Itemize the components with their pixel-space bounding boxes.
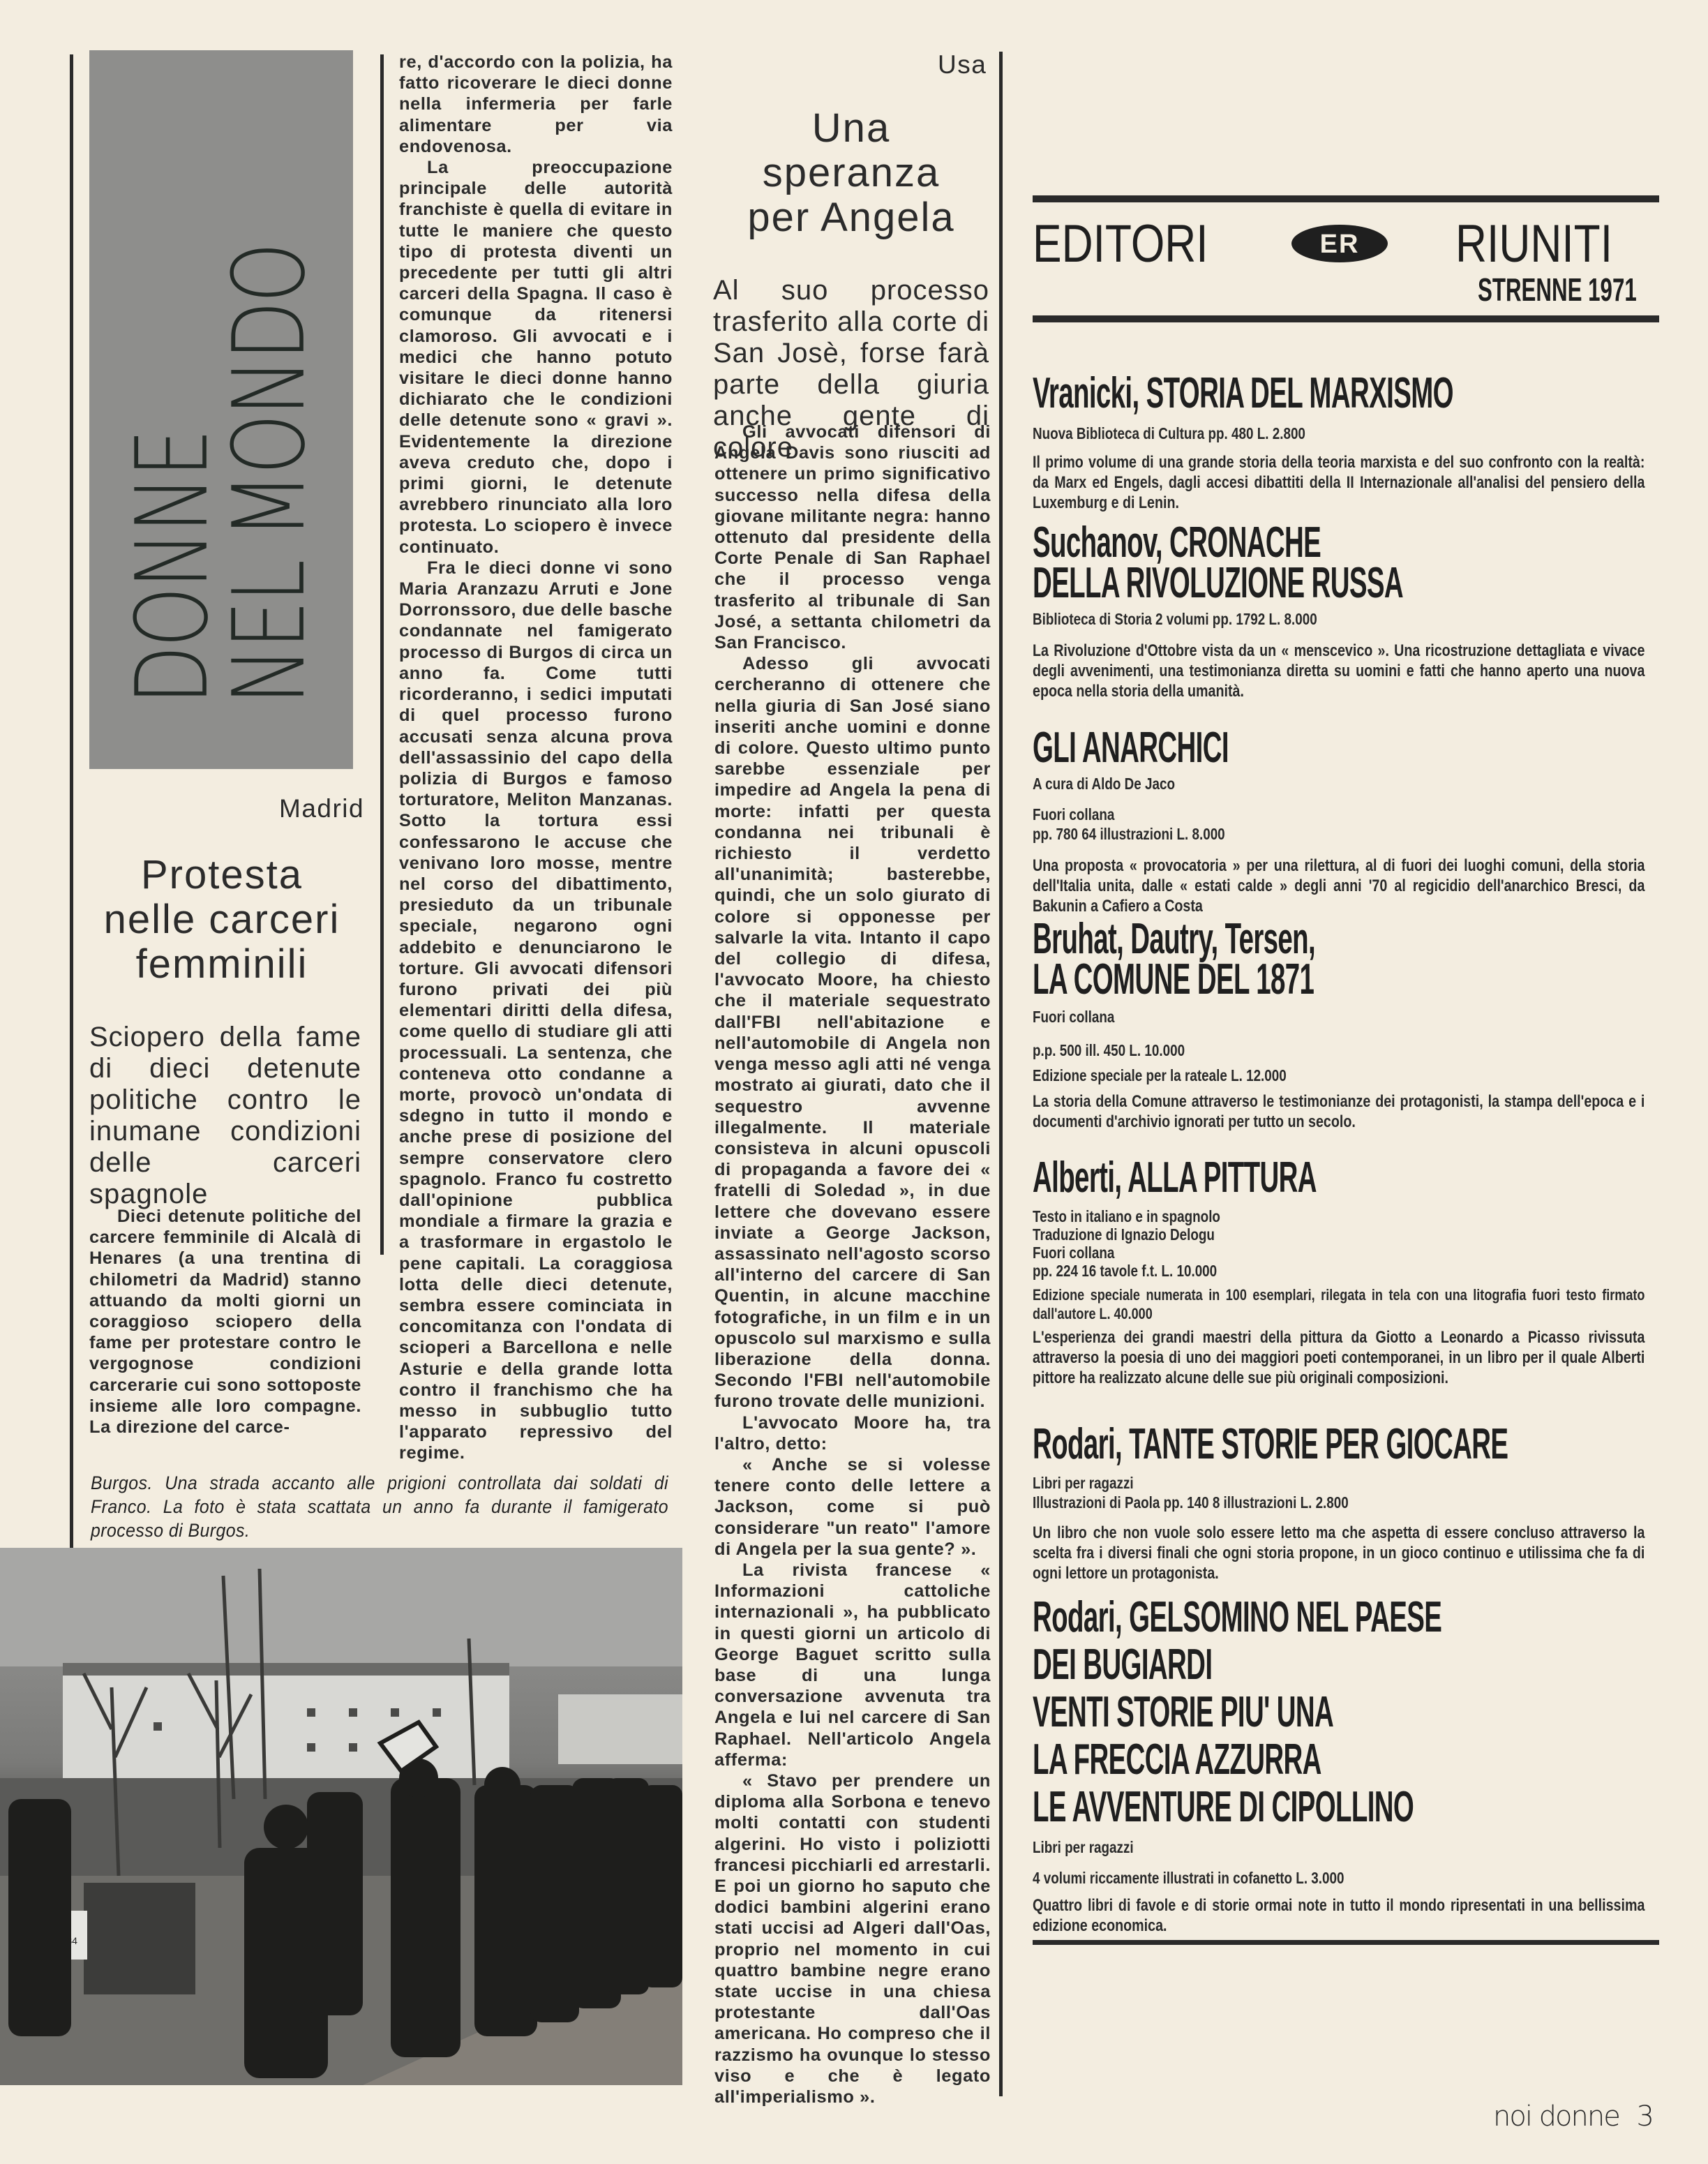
book-description: Una proposta « provocatoria » per una ri… bbox=[1033, 856, 1645, 916]
madrid-headline-line: nelle carceri bbox=[92, 897, 352, 942]
madrid-paragraph: Dieci detenute politiche del carcere fem… bbox=[89, 1206, 361, 1438]
ad-bottom-rule bbox=[1033, 1940, 1659, 1945]
ad-publisher-right: RIUNITI bbox=[1455, 218, 1612, 271]
book-description: Un libro che non vuole solo essere letto… bbox=[1033, 1523, 1645, 1583]
book-title: LA FRECCIA AZZURRA bbox=[1033, 1738, 1321, 1782]
madrid-headline: Protesta nelle carceri femminili bbox=[92, 853, 352, 987]
usa-dateline: Usa bbox=[938, 50, 987, 80]
book-meta: A cura di Aldo De Jaco bbox=[1033, 773, 1175, 794]
usa-paragraph: « Anche se si volesse tenere conto delle… bbox=[714, 1454, 991, 1560]
book-meta: Nuova Biblioteca di Cultura pp. 480 L. 2… bbox=[1033, 423, 1305, 444]
madrid-body-col2: re, d'accordo con la polizia, ha fatto r… bbox=[399, 52, 673, 1464]
page-footer: noi donne 3 bbox=[1493, 2100, 1654, 2133]
book-meta: Edizione speciale per la rateale L. 12.0… bbox=[1033, 1065, 1287, 1086]
madrid-headline-line: femminili bbox=[92, 942, 352, 987]
usa-paragraph: La rivista francese « Informazioni catto… bbox=[714, 1560, 991, 1770]
book-meta: Fuori collana bbox=[1033, 804, 1114, 825]
usa-headline: Una speranza per Angela bbox=[719, 106, 984, 240]
book-title: Alberti, ALLA PITTURA bbox=[1033, 1156, 1317, 1200]
book-title: VENTI STORIE PIU' UNA bbox=[1033, 1690, 1333, 1735]
book-title: DEI BUGIARDI bbox=[1033, 1643, 1212, 1687]
madrid-paragraph: La preoccupazione principale delle autor… bbox=[399, 157, 673, 558]
book-description: L'esperienza dei grandi maestri della pi… bbox=[1033, 1327, 1645, 1388]
usa-paragraph: « Stavo per prendere un diploma alla Sor… bbox=[714, 1770, 991, 2107]
ad-top-rule bbox=[1033, 195, 1659, 202]
book-title: Vranicki, STORIA DEL MARXISMO bbox=[1033, 371, 1453, 416]
burgos-photo: ET 27534 bbox=[0, 1548, 682, 2085]
rubric-line-2: NEL MONDO bbox=[221, 244, 318, 705]
rubric-line-1: DONNE bbox=[124, 244, 221, 705]
photo-caption: Burgos. Una strada accanto alle prigioni… bbox=[91, 1471, 668, 1542]
book-description: Quattro libri di favole e di storie orma… bbox=[1033, 1895, 1645, 1936]
madrid-headline-line: Protesta bbox=[92, 853, 352, 897]
book-special-edition: Edizione speciale numerata in 100 esempl… bbox=[1033, 1285, 1645, 1323]
book-title: LE AVVENTURE DI CIPOLLINO bbox=[1033, 1785, 1414, 1830]
ad-publisher-left: EDITORI bbox=[1033, 218, 1208, 271]
usa-headline-line: Una bbox=[719, 106, 984, 151]
ad-subtitle: STRENNE 1971 bbox=[1478, 272, 1637, 307]
advertisement-editori-riuniti: EDITORI ER RIUNITI STRENNE 1971 Vranicki… bbox=[1033, 188, 1675, 1898]
book-description: Il primo volume di una grande storia del… bbox=[1033, 452, 1645, 513]
book-meta: Libri per ragazzi bbox=[1033, 1837, 1134, 1858]
book-meta: pp. 224 16 tavole f.t. L. 10.000 bbox=[1033, 1260, 1217, 1281]
madrid-dateline: Madrid bbox=[279, 794, 364, 823]
usa-paragraph: Adesso gli avvocati cercheranno di otten… bbox=[714, 653, 991, 1412]
magazine-name: noi donne bbox=[1493, 2100, 1619, 2133]
book-title: Rodari, TANTE STORIE PER GIOCARE bbox=[1033, 1422, 1508, 1467]
er-logo-text: ER bbox=[1320, 230, 1360, 259]
er-logo-icon: ER bbox=[1291, 223, 1388, 264]
book-description: La storia della Comune attraverso le tes… bbox=[1033, 1091, 1645, 1132]
photo-illustration: ET 27534 bbox=[0, 1548, 682, 2085]
book-meta: Libri per ragazzi bbox=[1033, 1472, 1134, 1493]
book-meta: p.p. 500 ill. 450 L. 10.000 bbox=[1033, 1040, 1185, 1061]
book-description: La Rivoluzione d'Ottobre vista da un « m… bbox=[1033, 641, 1645, 701]
section-rubric-title: DONNE NEL MONDO bbox=[124, 114, 318, 705]
madrid-paragraph: re, d'accordo con la polizia, ha fatto r… bbox=[399, 52, 673, 157]
column-3-rule bbox=[999, 52, 1003, 2096]
book-meta: Biblioteca di Storia 2 volumi pp. 1792 L… bbox=[1033, 609, 1317, 629]
page-number: 3 bbox=[1637, 2100, 1654, 2133]
book-title: DELLA RIVOLUZIONE RUSSA bbox=[1033, 561, 1403, 606]
usa-paragraph: Gli avvocati difensori di Angela Davis s… bbox=[714, 421, 991, 653]
usa-body: Gli avvocati difensori di Angela Davis s… bbox=[714, 421, 991, 2107]
book-meta: Fuori collana bbox=[1033, 1006, 1114, 1027]
book-title: LA COMUNE DEL 1871 bbox=[1033, 957, 1314, 1002]
section-rubric-box: DONNE NEL MONDO bbox=[89, 50, 353, 769]
usa-headline-line: per Angela bbox=[719, 195, 984, 240]
madrid-paragraph: Fra le dieci donne vi sono Maria Aranzaz… bbox=[399, 558, 673, 1464]
madrid-body-col1: Dieci detenute politiche del carcere fem… bbox=[89, 1206, 361, 1438]
madrid-deck: Sciopero della fame di dieci detenute po… bbox=[89, 1022, 361, 1210]
book-title: Rodari, GELSOMINO NEL PAESE bbox=[1033, 1595, 1441, 1640]
book-meta: pp. 780 64 illustrazioni L. 8.000 bbox=[1033, 823, 1225, 844]
book-title: GLI ANARCHICI bbox=[1033, 726, 1229, 770]
usa-headline-line: speranza bbox=[719, 151, 984, 195]
column-2-rule bbox=[380, 54, 384, 1255]
left-column-rule bbox=[70, 54, 73, 1548]
usa-paragraph: L'avvocato Moore ha, tra l'altro, detto: bbox=[714, 1412, 991, 1454]
ad-header-bottom-rule bbox=[1033, 315, 1659, 322]
book-meta: Illustrazioni di Paola pp. 140 8 illustr… bbox=[1033, 1492, 1349, 1513]
book-meta: 4 volumi riccamente illustrati in cofane… bbox=[1033, 1867, 1344, 1888]
